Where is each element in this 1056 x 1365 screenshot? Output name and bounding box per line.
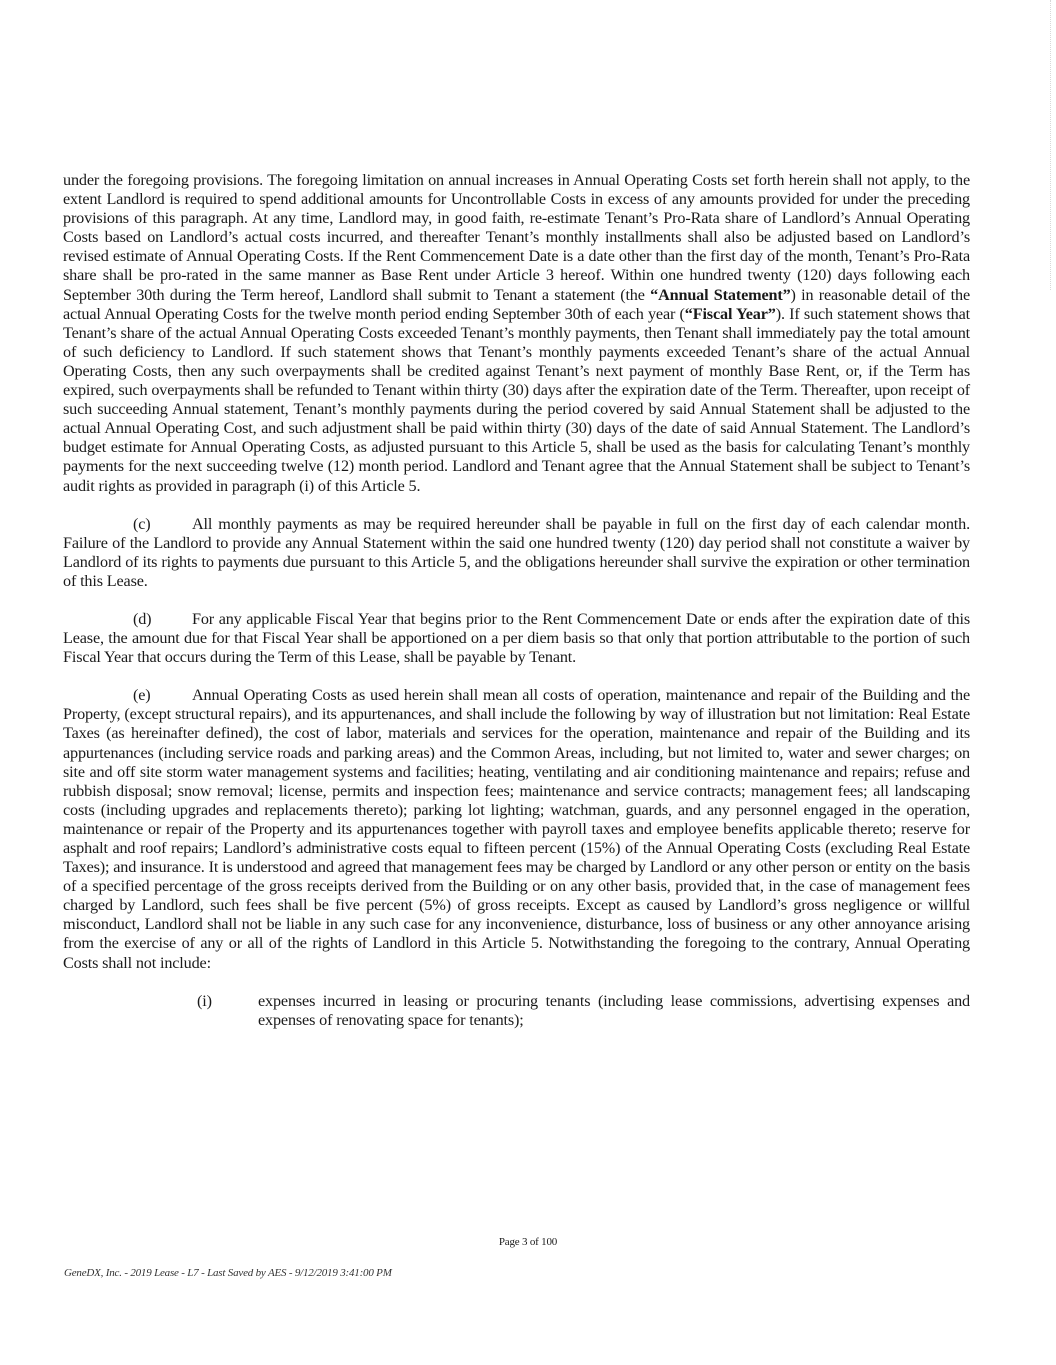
paragraph-text: For any applicable Fiscal Year that begi… — [63, 610, 970, 666]
list-item-text: expenses incurred in leasing or procurin… — [258, 992, 970, 1029]
paragraph-c: (c)All monthly payments as may be requir… — [63, 515, 970, 591]
page-number: Page 3 of 100 — [0, 1236, 1056, 1248]
paragraph-marker: (d) — [133, 610, 192, 629]
defined-term-fiscal-year: “Fiscal Year” — [685, 305, 776, 323]
exclusion-list-item: (i)expenses incurred in leasing or procu… — [258, 992, 970, 1030]
document-footer-info: GeneDX, Inc. - 2019 Lease - L7 - Last Sa… — [64, 1267, 392, 1279]
paragraph-text: under the foregoing provisions. The fore… — [63, 171, 970, 304]
paragraph-b-continuation: under the foregoing provisions. The fore… — [63, 171, 970, 496]
paragraph-marker: (e) — [133, 686, 192, 705]
paragraph-d: (d)For any applicable Fiscal Year that b… — [63, 610, 970, 667]
paragraph-marker: (c) — [133, 515, 192, 534]
scanner-edge-marks — [1050, 0, 1054, 290]
list-marker: (i) — [197, 992, 212, 1011]
document-page: under the foregoing provisions. The fore… — [0, 0, 1056, 1365]
paragraph-text: Annual Operating Costs as used herein sh… — [63, 686, 970, 971]
paragraph-text: All monthly payments as may be required … — [63, 515, 970, 590]
paragraph-e: (e)Annual Operating Costs as used herein… — [63, 686, 970, 972]
defined-term-annual-statement: “Annual Statement” — [650, 286, 790, 304]
paragraph-text: ). If such statement shows that Tenant’s… — [63, 305, 970, 495]
document-body: under the foregoing provisions. The fore… — [63, 171, 970, 1049]
